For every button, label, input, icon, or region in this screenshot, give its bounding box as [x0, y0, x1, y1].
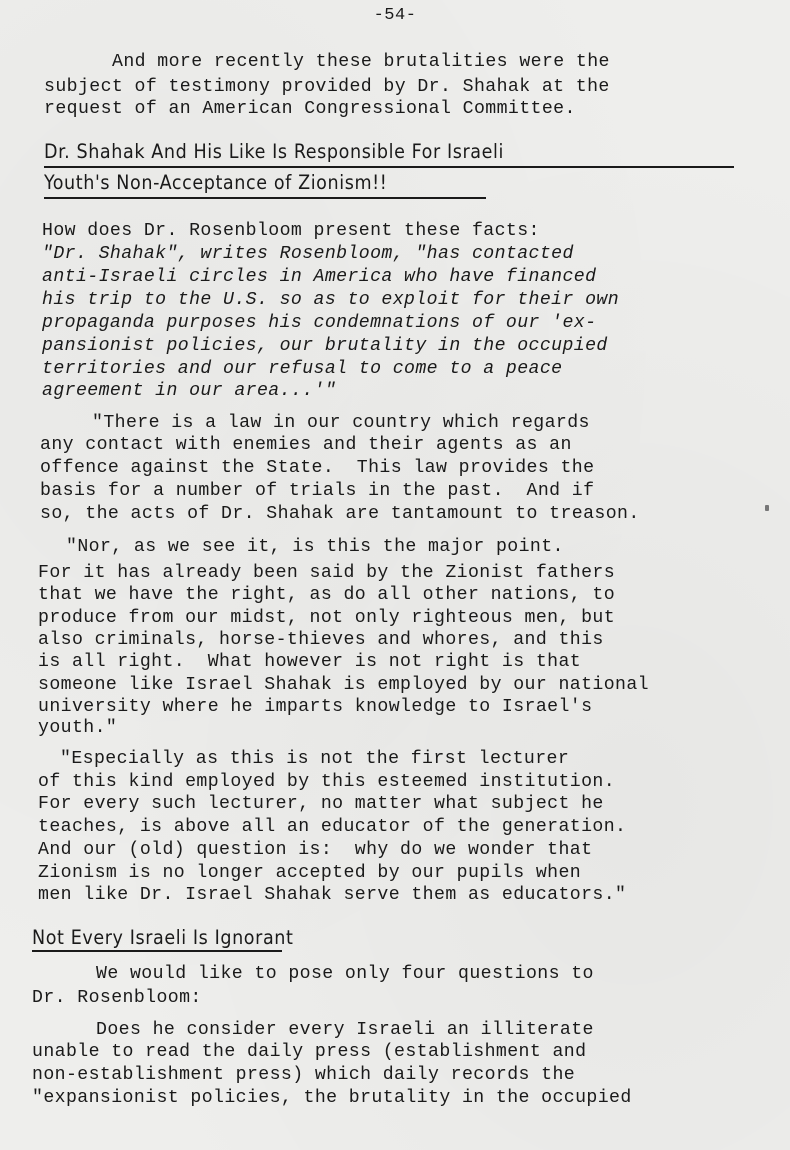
text-line: request of an American Congressional Com… [44, 100, 576, 118]
text-line: "Especially as this is not the first lec… [60, 750, 569, 768]
quote-line: agreement in our area...'" [42, 382, 336, 400]
text-line: subject of testimony provided by Dr. Sha… [44, 78, 610, 96]
text-line: Dr. Rosenbloom: [32, 989, 202, 1007]
heading-line: Not Every Israeli Is Ignorant [32, 928, 294, 948]
text-line: How does Dr. Rosenbloom present these fa… [42, 222, 540, 240]
text-line: For it has already been said by the Zion… [38, 564, 615, 582]
text-line: youth." [38, 719, 117, 737]
quote-line: anti-Israeli circles in America who have… [42, 268, 596, 286]
text-line: Does he consider every Israeli an illite… [96, 1021, 594, 1039]
quote-line: his trip to the U.S. so as to exploit fo… [42, 291, 619, 309]
heading-line: Dr. Shahak And His Like Is Responsible F… [44, 142, 504, 162]
quote-line: territories and our refusal to come to a… [42, 360, 562, 378]
text-line: teaches, is above all an educator of the… [38, 818, 626, 836]
heading-underline [44, 166, 734, 168]
scan-speck [765, 505, 769, 511]
quote-line: "Dr. Shahak", writes Rosenbloom, "has co… [42, 245, 574, 263]
heading-underline [44, 197, 486, 199]
text-line: For every such lecturer, no matter what … [38, 795, 604, 813]
text-line: offence against the State. This law prov… [40, 459, 594, 477]
text-line: And our (old) question is: why do we won… [38, 841, 592, 859]
text-line: university where he imparts knowledge to… [38, 698, 592, 716]
text-line: any contact with enemies and their agent… [40, 436, 572, 454]
quote-line: pansionist policies, our brutality in th… [42, 337, 608, 355]
text-line: of this kind employed by this esteemed i… [38, 773, 615, 791]
text-line: so, the acts of Dr. Shahak are tantamoun… [40, 505, 640, 523]
text-line: non-establishment press) which daily rec… [32, 1066, 575, 1084]
text-line: And more recently these brutalities were… [112, 53, 610, 71]
text-line: is all right. What however is not right … [38, 653, 581, 671]
text-line: someone like Israel Shahak is employed b… [38, 676, 649, 694]
text-line: men like Dr. Israel Shahak serve them as… [38, 886, 626, 904]
text-line: produce from our midst, not only righteo… [38, 609, 615, 627]
text-line: "There is a law in our country which reg… [92, 414, 590, 432]
text-line: We would like to pose only four question… [96, 965, 594, 983]
document-page: -54- And more recently these brutalities… [0, 0, 790, 1150]
text-line: Zionism is no longer accepted by our pup… [38, 864, 581, 882]
text-line: unable to read the daily press (establis… [32, 1043, 586, 1061]
text-line: "expansionist policies, the brutality in… [32, 1089, 632, 1107]
text-line: that we have the right, as do all other … [38, 586, 615, 604]
heading-line: Youth's Non-Acceptance of Zionism!! [44, 173, 387, 193]
text-line: also criminals, horse-thieves and whores… [38, 631, 604, 649]
page-number: -54- [0, 6, 790, 25]
quote-line: propaganda purposes his condemnations of… [42, 314, 596, 332]
text-line: "Nor, as we see it, is this the major po… [66, 538, 564, 556]
text-line: basis for a number of trials in the past… [40, 482, 594, 500]
heading-underline [32, 950, 282, 952]
